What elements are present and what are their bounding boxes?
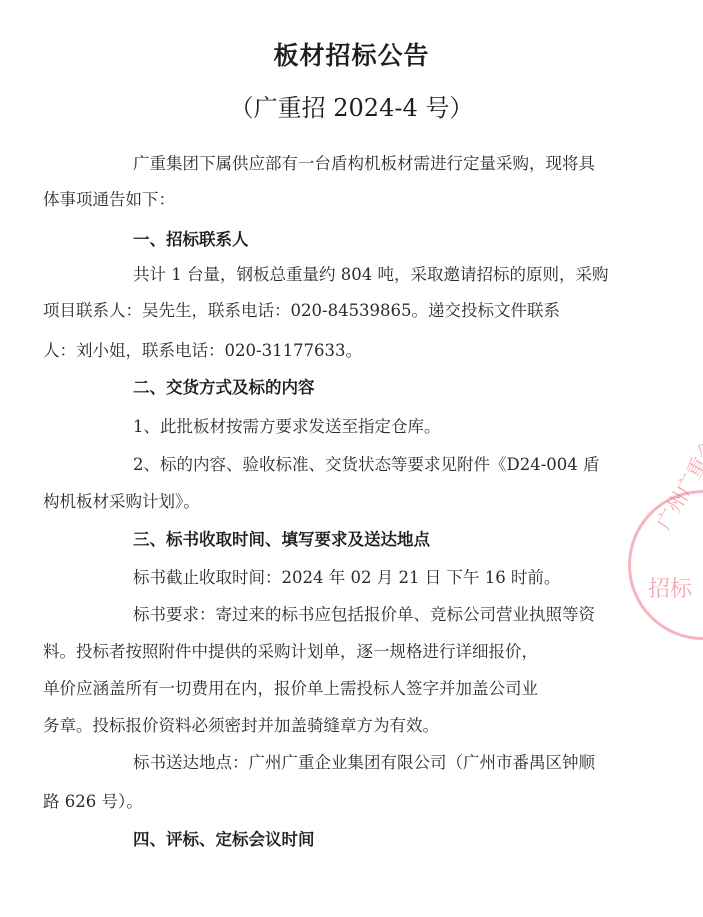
section-1-heading: 一、招标联系人 <box>133 229 249 251</box>
section-3-address-line-1: 标书送达地点：广州广重企业集团有限公司（广州市番禺区钟顺 <box>133 752 595 774</box>
section-3-address-line-2: 路 626 号）。 <box>43 791 143 813</box>
seal-center-text: 招标 <box>648 572 692 603</box>
section-2-heading: 二、交货方式及标的内容 <box>133 377 315 399</box>
document-number: （广重招 2024-4 号） <box>0 88 703 123</box>
section-2-item-2-line-1: 2、标的内容、验收标准、交货状态等要求见附件《D24-004 盾 <box>133 454 600 476</box>
document-title: 板材招标公告 <box>0 36 703 72</box>
section-3-requirements-line-1: 标书要求：寄过来的标书应包括报价单、竞标公司营业执照等资 <box>133 604 595 626</box>
section-1-line-1: 共计 1 台量，钢板总重量约 804 吨，采取邀请招标的原则，采购 <box>133 264 608 286</box>
section-1-line-2: 项目联系人：吴先生，联系电话：020-84539865。递交投标文件联系 <box>43 300 560 322</box>
section-3-deadline: 标书截止收取时间：2024 年 02 月 21 日 下午 16 时前。 <box>133 567 560 589</box>
intro-line-1: 广重集团下属供应部有一台盾构机板材需进行定量采购，现将具 <box>133 153 595 175</box>
section-3-heading: 三、标书收取时间、填写要求及送达地点 <box>133 529 430 551</box>
section-2-item-2-line-2: 构机板材采购计划》。 <box>43 491 200 513</box>
section-3-requirements-line-3: 单价应涵盖所有一切费用在内，报价单上需投标人签字并加盖公司业 <box>43 678 538 700</box>
section-3-requirements-line-2: 料。投标者按照附件中提供的采购计划单，逐一规格进行详细报价， <box>43 641 538 663</box>
intro-line-2: 体事项通告如下： <box>43 189 175 211</box>
section-2-item-1: 1、此批板材按需方要求发送至指定仓库。 <box>133 416 441 438</box>
section-1-line-3: 人：刘小姐，联系电话：020-31177633。 <box>43 340 362 362</box>
section-3-requirements-line-4: 务章。投标报价资料必须密封并加盖骑缝章方为有效。 <box>43 715 439 737</box>
section-4-heading: 四、评标、定标会议时间 <box>133 829 315 851</box>
